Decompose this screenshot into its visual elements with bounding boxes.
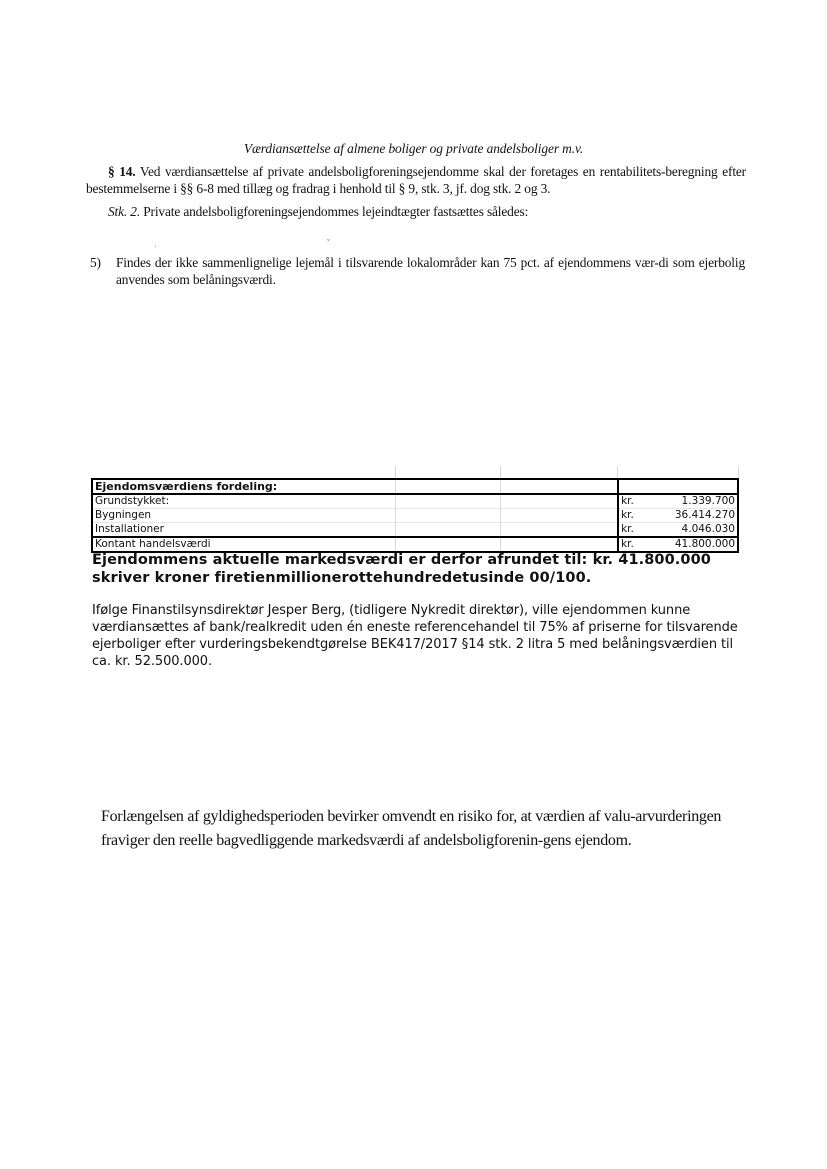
total-label: Kontant handelsværdi <box>92 537 397 552</box>
table-header-row: Ejendomsværdiens fordeling: <box>92 479 738 494</box>
table-row: Grundstykket: kr. 1.339.700 <box>92 494 738 509</box>
row-label: Installationer <box>92 523 397 538</box>
row-value: 1.339.700 <box>653 494 738 509</box>
summary-line-1: Ejendommens aktuelle markedsværdi er der… <box>92 551 711 569</box>
table-row: Bygningen kr. 36.414.270 <box>92 509 738 523</box>
market-value-summary: Ejendommens aktuelle markedsværdi er der… <box>92 551 711 587</box>
stk-label: Stk. 2. <box>108 204 140 219</box>
crop-artifact: ˇ <box>327 238 330 247</box>
section-label: § 14. <box>108 164 136 179</box>
row-currency: kr. <box>618 523 653 538</box>
row-label: Bygningen <box>92 509 397 523</box>
row-currency: kr. <box>618 509 653 523</box>
table-row: Installationer kr. 4.046.030 <box>92 523 738 538</box>
list-text: Findes der ikke sammenlignelige lejemål … <box>116 254 745 288</box>
total-currency: kr. <box>618 537 653 552</box>
table-title: Ejendomsværdiens fordeling: <box>92 479 397 494</box>
table-total-row: Kontant handelsværdi kr. 41.800.000 <box>92 537 738 552</box>
stk-text: Private andelsboligforeningsejendommes l… <box>140 204 528 219</box>
law-list-item-5: 5) Findes der ikke sammenlignelige lejem… <box>90 254 745 288</box>
row-value: 4.046.030 <box>653 523 738 538</box>
law-stk-2: Stk. 2. Private andelsboligforeningsejen… <box>108 204 528 220</box>
section-text: Ved værdiansættelse af private andelsbol… <box>86 164 746 196</box>
valuation-table: Ejendomsværdiens fordeling: Grundstykket… <box>91 478 739 553</box>
summary-line-2: skriver kroner firetienmillionerottehund… <box>92 569 711 587</box>
finanstilsyn-note: Ifølge Finanstilsynsdirektør Jesper Berg… <box>92 602 742 670</box>
row-label: Grundstykket: <box>92 494 397 509</box>
list-number: 5) <box>90 254 101 271</box>
law-section-14: § 14. Ved værdiansættelse af private and… <box>86 163 746 197</box>
law-heading: Værdiansættelse af almene boliger og pri… <box>0 141 827 157</box>
closing-paragraph: Forlængelsen af gyldighedsperioden bevir… <box>101 805 746 853</box>
valuation-spreadsheet: Ejendomsværdiens fordeling: Grundstykket… <box>91 466 739 552</box>
total-value: 41.800.000 <box>653 537 738 552</box>
row-value: 36.414.270 <box>653 509 738 523</box>
row-currency: kr. <box>618 494 653 509</box>
crop-artifact: ˌ <box>154 238 157 247</box>
